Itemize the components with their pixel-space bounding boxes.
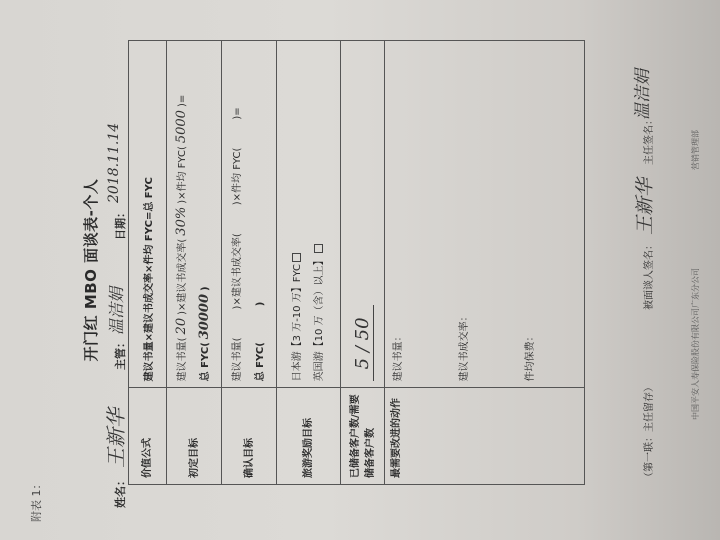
checkbox-icon[interactable] — [292, 253, 301, 262]
company-name: 中国平安人寿保险股份有限公司广东分公司 — [690, 268, 701, 420]
row-label: 初定目标 — [167, 388, 222, 485]
manager-handwritten: 温洁娟 — [104, 287, 127, 335]
formula-text: 建议书量×建议书成交率×件均 FYC=总 FYC — [129, 41, 167, 388]
row-label: 最需要改进的动作 — [385, 388, 585, 485]
proposal-count-value[interactable] — [229, 309, 244, 337]
improvement-item: 建议书量： — [389, 47, 455, 381]
name-label: 姓名： — [112, 475, 128, 508]
department-name: 营销管理部 — [690, 130, 701, 170]
avg-fyc-value[interactable]: 5000 — [174, 107, 189, 146]
row-label: 确认目标 — [222, 388, 277, 485]
text: )= — [177, 95, 188, 107]
attachment-label: 附表 1： — [28, 479, 44, 523]
reserve-clients-value[interactable]: 5 / 50 — [352, 305, 374, 381]
text: ) — [255, 302, 266, 307]
form-paper: 附表 1： 开门红 MBO 面谈表-个人 姓名： 王新华 主管： 温洁娟 日期：… — [0, 0, 720, 540]
director-signature-label: 主任签名： — [640, 115, 655, 165]
text: )×件均 FYC( — [232, 148, 243, 206]
director-signature: 温洁娟 — [628, 69, 653, 120]
table-row-travel-reward: 旅游奖励目标 日本游【3 万-10 万】FYC 英国游【10 万（含）以上】 — [277, 41, 341, 485]
total-fyc-value[interactable]: 30000 — [197, 291, 212, 342]
table-row-reserve-clients: 已储备客户数/需要 储备客户数 5 / 50 — [341, 41, 385, 485]
label-line: 储备客户数 — [363, 394, 378, 478]
confirmed-target-cell: 建议书量()×建议书成交率()×件均 FYC()= 总 FYC() — [222, 41, 277, 388]
interviewee-signature: 王新华 — [630, 178, 657, 235]
total-fyc-value[interactable] — [252, 306, 267, 342]
interviewee-signature-label: 被面谈人签名： — [640, 240, 655, 310]
proposal-count-value[interactable]: 20 — [174, 315, 189, 338]
text: )×建议书成交率( — [177, 239, 188, 315]
date-handwritten: 2018.11.14 — [106, 123, 122, 203]
text: 建议书量( — [177, 337, 188, 381]
manager-label: 主管： — [112, 337, 128, 370]
travel-option-japan[interactable]: 日本游【3 万-10 万】FYC — [287, 47, 309, 381]
option-text: 日本游【3 万-10 万】FYC — [292, 264, 303, 381]
improvement-item: 件均保费： — [521, 47, 571, 381]
mbo-table: 价值公式 建议书量×建议书成交率×件均 FYC=总 FYC 初定目标 建议书量(… — [128, 40, 585, 485]
name-handwritten: 王新华 — [100, 408, 129, 468]
travel-reward-cell: 日本游【3 万-10 万】FYC 英国游【10 万（含）以上】 — [277, 41, 341, 388]
close-rate-value[interactable]: 30% — [174, 204, 189, 239]
travel-option-uk[interactable]: 英国游【10 万（含）以上】 — [309, 47, 331, 381]
table-row-confirmed-target: 确认目标 建议书量()×建议书成交率()×件均 FYC()= 总 FYC() — [222, 41, 277, 485]
copy-note: （第一联：主任留存） — [640, 382, 655, 482]
text: 总 FYC( — [200, 342, 211, 381]
form-title: 开门红 MBO 面谈表-个人 — [80, 0, 101, 540]
reserve-clients-cell: 5 / 50 — [341, 41, 385, 388]
improvement-item: 建议书成交率： — [455, 47, 521, 381]
close-rate-value[interactable] — [229, 205, 244, 233]
table-row-improvement: 最需要改进的动作 建议书量： 建议书成交率： 件均保费： — [385, 41, 585, 485]
table-row-initial-target: 初定目标 建议书量(20)×建议书成交率(30%)×件均 FYC(5000)= … — [167, 41, 222, 485]
checkbox-icon[interactable] — [314, 244, 323, 253]
row-label: 旅游奖励目标 — [277, 388, 341, 485]
text: 总 FYC( — [255, 342, 266, 381]
initial-target-cell: 建议书量(20)×建议书成交率(30%)×件均 FYC(5000)= 总 FYC… — [167, 41, 222, 388]
text: )×建议书成交率( — [232, 233, 243, 309]
text: )= — [232, 107, 243, 119]
text: 建议书量( — [232, 337, 243, 381]
text: ) — [200, 286, 211, 291]
date-label: 日期： — [112, 207, 128, 240]
table-row-formula: 价值公式 建议书量×建议书成交率×件均 FYC=总 FYC — [129, 41, 167, 485]
text: )×件均 FYC( — [177, 146, 188, 204]
label-line: 已储备客户数/需要 — [348, 394, 363, 478]
option-text: 英国游【10 万（含）以上】 — [314, 255, 325, 381]
avg-fyc-value[interactable] — [229, 120, 244, 148]
row-label: 价值公式 — [129, 388, 167, 485]
row-label: 已储备客户数/需要 储备客户数 — [341, 388, 385, 485]
improvement-cell: 建议书量： 建议书成交率： 件均保费： — [385, 41, 585, 388]
